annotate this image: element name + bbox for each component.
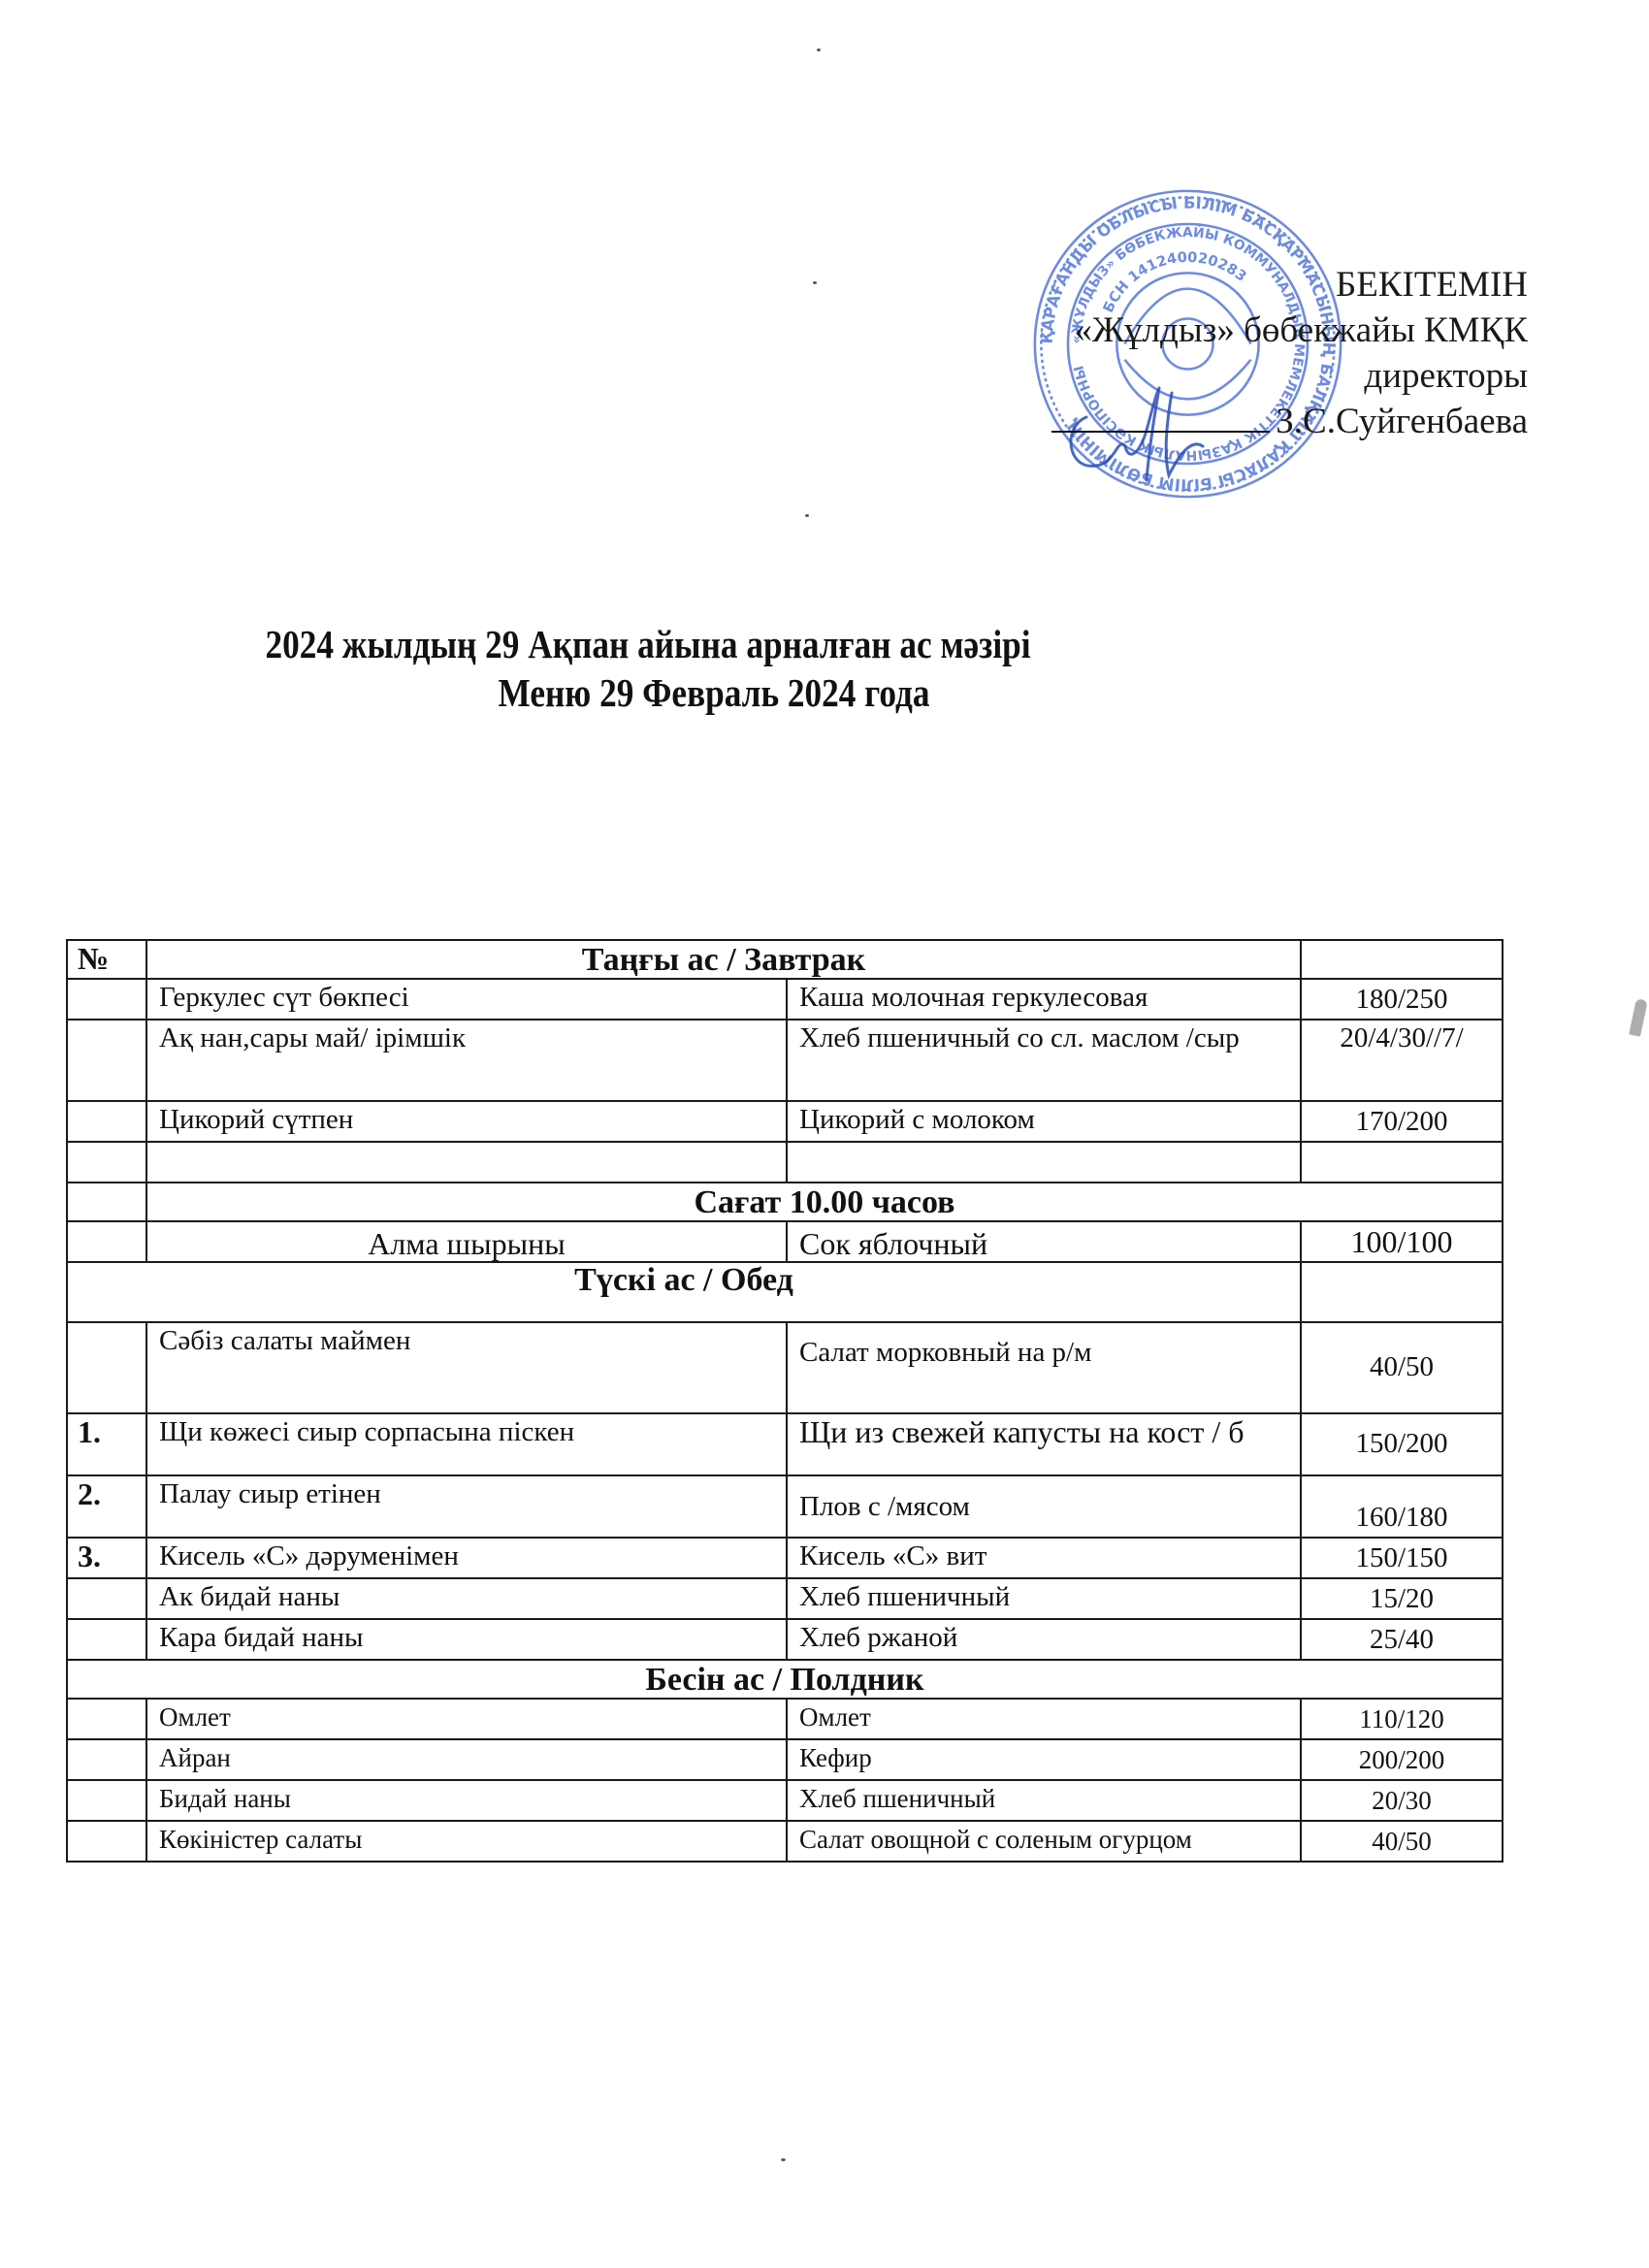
portion-weight: 40/50 xyxy=(1301,1322,1503,1413)
portion-weight: 110/120 xyxy=(1301,1699,1503,1739)
row-number xyxy=(67,1821,146,1862)
dish-russian: Щи из свежей капусты на кост / б xyxy=(787,1413,1301,1475)
row-number xyxy=(67,979,146,1020)
table-row: Көкіністер салаты Салат овощной с солены… xyxy=(67,1821,1503,1862)
table-row: 1. Щи көжесі сиыр сорпасына піскен Щи из… xyxy=(67,1413,1503,1475)
dish-russian: Омлет xyxy=(787,1699,1301,1739)
row-number xyxy=(67,1142,146,1183)
row-number xyxy=(67,1322,146,1413)
dish-kazakh: Көкіністер салаты xyxy=(146,1821,787,1862)
table-row: 3. Кисель «С» дәруменімен Кисель «С» вит… xyxy=(67,1538,1503,1578)
number-header: № xyxy=(67,940,146,979)
dish-kazakh: Ақ нан,сары май/ ірімшік xyxy=(146,1020,787,1101)
dish-kazakh: Омлет xyxy=(146,1699,787,1739)
portion-weight xyxy=(1301,1142,1503,1183)
table-row: Сәбіз салаты маймен Салат морковный на р… xyxy=(67,1322,1503,1413)
portion-weight: 100/100 xyxy=(1301,1221,1503,1262)
table-row-empty xyxy=(67,1142,1503,1183)
dish-kazakh: Айран xyxy=(146,1739,787,1780)
section-title-afternoon-snack: Бесін ас / Полдник xyxy=(67,1660,1503,1699)
weight-cell xyxy=(1301,940,1503,979)
row-number: 3. xyxy=(67,1538,146,1578)
row-number xyxy=(67,1739,146,1780)
dish-kazakh: Кисель «С» дәруменімен xyxy=(146,1538,787,1578)
scan-speck xyxy=(781,2158,786,2161)
dish-kazakh: Геркулес сүт бөкпесі xyxy=(146,979,787,1020)
portion-weight: 150/150 xyxy=(1301,1538,1503,1578)
portion-weight: 150/200 xyxy=(1301,1413,1503,1475)
table-row: Омлет Омлет 110/120 xyxy=(67,1699,1503,1739)
section-header-row: Түскі ас / Обед xyxy=(67,1262,1503,1322)
table-row: Ақ нан,сары май/ ірімшік Хлеб пшеничный … xyxy=(67,1020,1503,1101)
dish-russian: Хлеб пшеничный xyxy=(787,1578,1301,1619)
approval-signatory: З.С.Суйгенбаева xyxy=(1276,402,1528,441)
row-number: 2. xyxy=(67,1475,146,1538)
row-number xyxy=(67,1699,146,1739)
portion-weight: 20/30 xyxy=(1301,1780,1503,1821)
row-number xyxy=(67,1101,146,1142)
approval-block: БЕКІТЕМІН «Жұлдыз» бөбекжайы КМҚК директ… xyxy=(1051,262,1528,444)
dish-russian xyxy=(787,1142,1301,1183)
dish-russian: Каша молочная геркулесовая xyxy=(787,979,1301,1020)
row-number xyxy=(67,1578,146,1619)
row-number xyxy=(67,1780,146,1821)
section-header-row: № Таңғы ас / Завтрак xyxy=(67,940,1503,979)
row-number xyxy=(67,1619,146,1660)
scan-speck xyxy=(813,281,817,284)
table-row: Алма шырыны Сок яблочный 100/100 xyxy=(67,1221,1503,1262)
dish-russian: Салат овощной с соленым огурцом xyxy=(787,1821,1301,1862)
section-title-lunch: Түскі ас / Обед xyxy=(67,1262,1301,1322)
table-row: Бидай наны Хлеб пшеничный 20/30 xyxy=(67,1780,1503,1821)
dish-russian: Салат морковный на р/м xyxy=(787,1322,1301,1413)
table-row: Кара бидай наны Хлеб ржаной 25/40 xyxy=(67,1619,1503,1660)
dish-kazakh: Цикорий сүтпен xyxy=(146,1101,787,1142)
dish-kazakh: Сәбіз салаты маймен xyxy=(146,1322,787,1413)
dish-kazakh xyxy=(146,1142,787,1183)
approval-heading: БЕКІТЕМІН xyxy=(1051,262,1528,308)
dish-russian: Хлеб ржаной xyxy=(787,1619,1301,1660)
section-header-row: Сағат 10.00 часов xyxy=(67,1183,1503,1221)
dish-russian: Сок яблочный xyxy=(787,1221,1301,1262)
page-title-russian: Меню 29 Февраль 2024 года xyxy=(5,669,1423,716)
signature-line: З.С.Суйгенбаева xyxy=(1051,399,1528,444)
section-header-row: Бесін ас / Полдник xyxy=(67,1660,1503,1699)
dish-kazakh: Бидай наны xyxy=(146,1780,787,1821)
portion-weight: 25/40 xyxy=(1301,1619,1503,1660)
document-page: ҚАРАҒАНДЫ ОБЛЫСЫ БІЛІМ БАСҚАРМАСЫНЫҢ БАЛ… xyxy=(0,0,1649,2268)
dish-russian: Кефир xyxy=(787,1739,1301,1780)
dish-kazakh: Алма шырыны xyxy=(146,1221,787,1262)
scan-speck xyxy=(805,514,809,517)
section-title-snack: Сағат 10.00 часов xyxy=(146,1183,1503,1221)
scan-smudge xyxy=(1629,998,1648,1037)
portion-weight: 170/200 xyxy=(1301,1101,1503,1142)
menu-table: № Таңғы ас / Завтрак Геркулес сүт бөкпес… xyxy=(66,939,1503,1863)
table-row: Геркулес сүт бөкпесі Каша молочная герку… xyxy=(67,979,1503,1020)
scan-speck xyxy=(817,49,821,51)
dish-russian: Плов с /мясом xyxy=(787,1475,1301,1538)
portion-weight: 15/20 xyxy=(1301,1578,1503,1619)
dish-russian: Цикорий с молоком xyxy=(787,1101,1301,1142)
signature-underline xyxy=(1051,400,1270,433)
approval-position: директоры xyxy=(1051,353,1528,399)
dish-kazakh: Кара бидай наны xyxy=(146,1619,787,1660)
weight-cell xyxy=(1301,1262,1503,1322)
portion-weight: 200/200 xyxy=(1301,1739,1503,1780)
portion-weight: 40/50 xyxy=(1301,1821,1503,1862)
portion-weight: 160/180 xyxy=(1301,1475,1503,1538)
row-number xyxy=(67,1020,146,1101)
dish-russian: Кисель «С» вит xyxy=(787,1538,1301,1578)
dish-kazakh: Щи көжесі сиыр сорпасына піскен xyxy=(146,1413,787,1475)
portion-weight: 20/4/30//7/ xyxy=(1301,1020,1503,1101)
page-title-kazakh: 2024 жылдың 29 Ақпан айына арналған ас м… xyxy=(0,621,1357,667)
row-number: 1. xyxy=(67,1413,146,1475)
dish-kazakh: Ак бидай наны xyxy=(146,1578,787,1619)
row-number xyxy=(67,1221,146,1262)
table-row: Цикорий сүтпен Цикорий с молоком 170/200 xyxy=(67,1101,1503,1142)
approval-organization: «Жұлдыз» бөбекжайы КМҚК xyxy=(1051,308,1528,353)
portion-weight: 180/250 xyxy=(1301,979,1503,1020)
table-row: Айран Кефир 200/200 xyxy=(67,1739,1503,1780)
dish-kazakh: Палау сиыр етінен xyxy=(146,1475,787,1538)
dish-russian: Хлеб пшеничный со сл. маслом /сыр xyxy=(787,1020,1301,1101)
dish-russian: Хлеб пшеничный xyxy=(787,1780,1301,1821)
row-number xyxy=(67,1183,146,1221)
section-title-breakfast: Таңғы ас / Завтрак xyxy=(146,940,1301,979)
table-row: 2. Палау сиыр етінен Плов с /мясом 160/1… xyxy=(67,1475,1503,1538)
table-row: Ак бидай наны Хлеб пшеничный 15/20 xyxy=(67,1578,1503,1619)
